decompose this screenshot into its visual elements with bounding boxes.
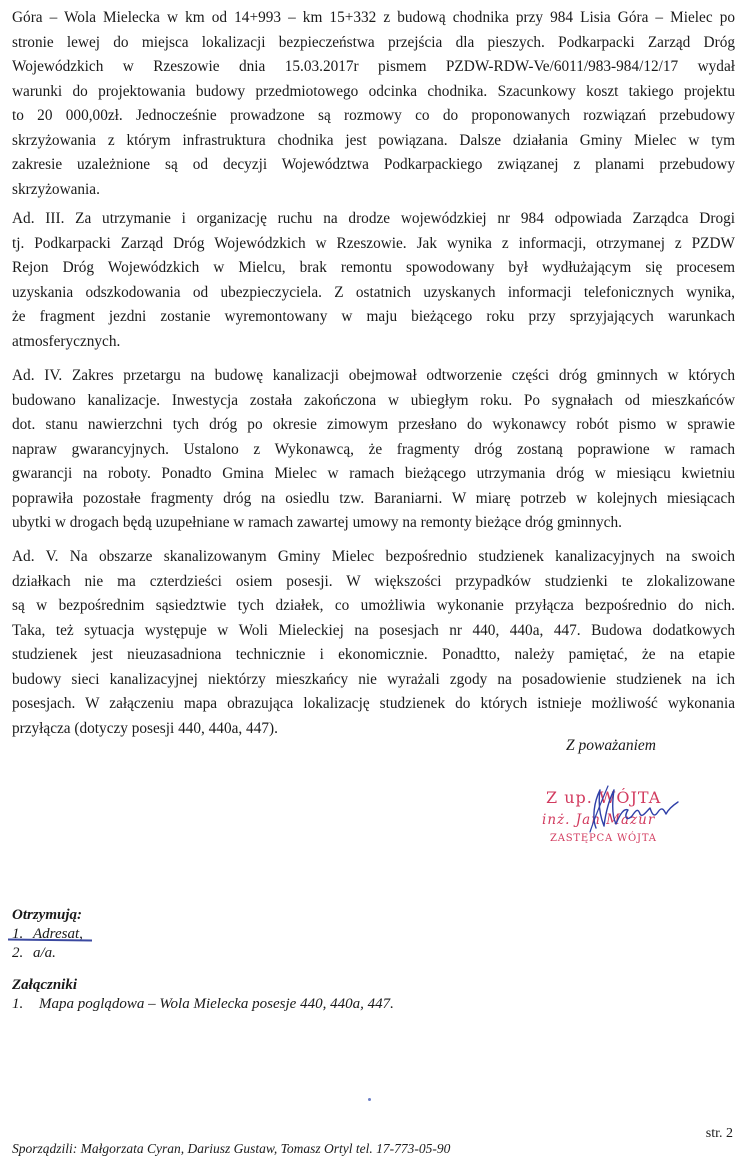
paragraph-ad-v: Ad. V. Na obszarze skanalizowanym Gminy … [12,545,735,741]
closing-salutation: Z poważaniem [566,737,656,755]
recipients-list: Otrzymują: 1. Adresat, 2. a/a. [12,906,83,963]
text-line: Ad. III. Za utrzymanie i organizację ruc… [12,207,735,232]
ink-dot [368,1098,371,1101]
text-line: warunki do projektowania budowy przedmio… [12,80,735,105]
attachments-heading: Załączniki [12,976,394,995]
text-line: tj. Podkarpacki Zarząd Dróg Wojewódzkich… [12,232,735,257]
footer-prepared-by: Sporządzili: Małgorzata Cyran, Dariusz G… [12,1141,450,1157]
signature-icon [530,780,710,855]
text-line: atmosferycznych. [12,330,735,355]
text-line: Wojewódzkich w Rzeszowie dnia 15.03.2017… [12,55,735,80]
paragraph-ad-iv: Ad. IV. Zakres przetargu na budowę kanal… [12,364,735,536]
recipient-number: 2. [12,944,33,963]
recipient-text: a/a. [33,944,56,963]
text-line: poprawiła pozostałe fragmenty dróg na os… [12,487,735,512]
recipients-heading: Otrzymują: [12,906,83,925]
text-line: Góra – Wola Mielecka w km od 14+993 – km… [12,6,735,31]
text-line: to 20 000,00zł. Jednocześnie prowadzone … [12,104,735,129]
text-line: napraw gwarancyjnych. Ustalono z Wykonaw… [12,438,735,463]
text-line: Rejon Dróg Wojewódzkich w Mielcu, brak r… [12,256,735,281]
page-number: str. 2 [706,1126,733,1142]
paragraph-ad-iii: Ad. III. Za utrzymanie i organizację ruc… [12,207,735,354]
text-line: skrzyżowania. [12,178,735,203]
text-line: budowy sieci kanalizacyjnej niektórzy mi… [12,668,735,693]
paragraph-continuation: Góra – Wola Mielecka w km od 14+993 – km… [12,6,735,202]
text-line: skrzyżowania z którym infrastruktura cho… [12,129,735,154]
text-line: budowano kanalizacje. Inwestycja została… [12,389,735,414]
official-stamp: Z up. WÓJTA inż. Jan Mazur ZASTĘPCA WÓJT… [530,780,710,855]
text-line: gwarancji na roboty. Ponadto Gmina Miele… [12,462,735,487]
text-line: że fragment jezdni zostanie wyremontowan… [12,305,735,330]
attachment-number: 1. [12,995,39,1014]
text-line: Ad. IV. Zakres przetargu na budowę kanal… [12,364,735,389]
text-line: posesjach. W załączeniu mapa obrazująca … [12,692,735,717]
text-line: stronie lewej do miejsca lokalizacji bez… [12,31,735,56]
attachment-item: 1. Mapa poglądowa – Wola Mielecka posesj… [12,995,394,1014]
attachments-list: Załączniki 1. Mapa poglądowa – Wola Miel… [12,976,394,1014]
text-line: ubytki w drogach będą uzupełniane w rama… [12,511,735,536]
text-line: zakresie uzależnione są od decyzji Wojew… [12,153,735,178]
text-line: Ad. V. Na obszarze skanalizowanym Gminy … [12,545,735,570]
attachment-text: Mapa poglądowa – Wola Mielecka posesje 4… [39,995,394,1014]
text-line: są w bezpośrednim sąsiedztwie tych dział… [12,594,735,619]
text-line: działkach nie ma czterdzieści osiem pose… [12,570,735,595]
recipient-item: 2. a/a. [12,944,83,963]
text-line: uzyskania odszkodowania od ubezpieczycie… [12,281,735,306]
text-line: dot. stanu nawierzchni tych dróg po okre… [12,413,735,438]
text-line: studzienek jest nieuzasadniona techniczn… [12,643,735,668]
text-line: Taka, też sytuacja występuje w Woli Miel… [12,619,735,644]
recipient-number: 1. [12,925,33,944]
